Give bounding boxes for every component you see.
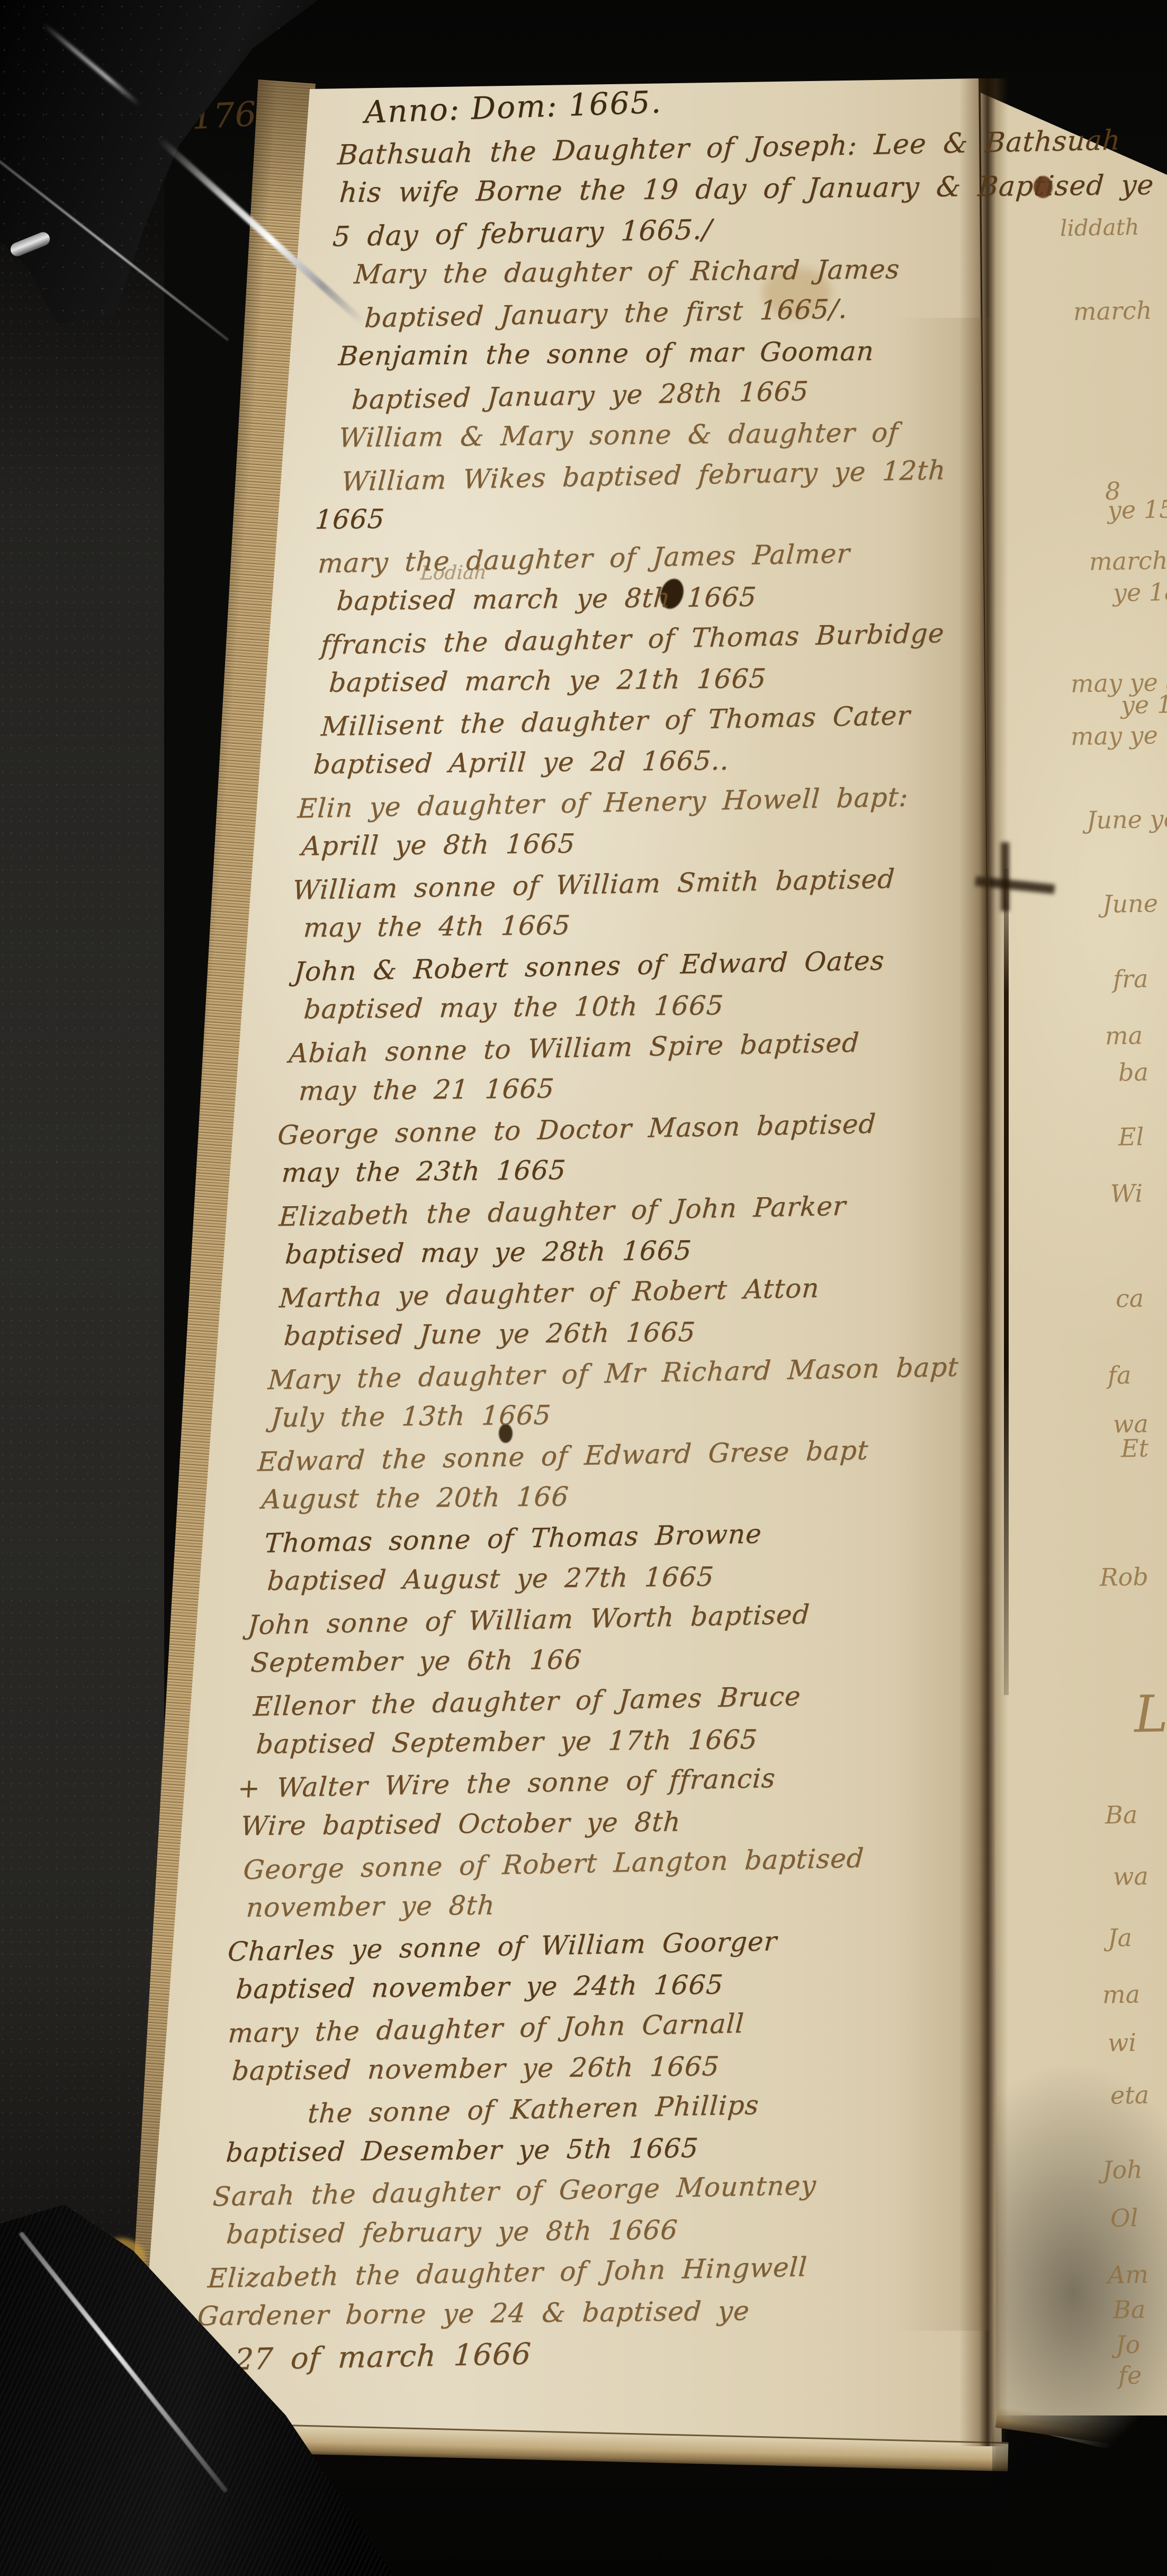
text-fragment: ma bbox=[1102, 1980, 1141, 2009]
text-fragment: wa bbox=[1113, 1861, 1149, 1891]
text-fragment: Joh bbox=[1102, 2155, 1143, 2184]
text-fragment: fa bbox=[1108, 1361, 1132, 1390]
text-fragment: may ye bbox=[1071, 721, 1159, 751]
text-fragment: ye 17 bbox=[1121, 690, 1167, 719]
text-fragment: liddath bbox=[1060, 214, 1139, 242]
manuscript-photo: 176 Anno: Dom: 1665. Bathsuah the Daught… bbox=[0, 0, 1167, 2576]
text-fragment: Rob bbox=[1100, 1562, 1149, 1592]
text-fragment: L bbox=[1134, 1684, 1167, 1744]
background-corner bbox=[992, 2415, 1167, 2576]
right-page-text-fragments: liddathmarch8ye 15marchye 18may ye 8ye 1… bbox=[981, 85, 1167, 2458]
text-fragment: eta bbox=[1110, 2080, 1150, 2109]
text-fragment: Ba bbox=[1105, 1800, 1138, 1829]
text-fragment: ye 18 bbox=[1113, 577, 1167, 607]
text-fragment: ma bbox=[1105, 1021, 1143, 1050]
baptism-register-text: Bathsuah the Daughter of Joseph: Lee & B… bbox=[202, 124, 1006, 2379]
text-fragment: El bbox=[1118, 1122, 1144, 1152]
text-fragment: Et bbox=[1121, 1434, 1149, 1463]
text-fragment: ca bbox=[1116, 1284, 1144, 1313]
text-fragment: Ol bbox=[1110, 2204, 1138, 2233]
text-fragment: march bbox=[1089, 546, 1167, 576]
text-fragment: Wi bbox=[1110, 1179, 1143, 1208]
text-fragment: wi bbox=[1108, 2028, 1137, 2057]
text-fragment: march bbox=[1073, 296, 1152, 326]
text-fragment: June bbox=[1102, 889, 1159, 919]
text-fragment: ye 15 bbox=[1108, 495, 1167, 524]
interlinear-annotation: Lodiah bbox=[420, 561, 487, 584]
text-fragment: Jo bbox=[1116, 2330, 1141, 2359]
text-fragment: Ba bbox=[1113, 2295, 1146, 2324]
text-fragment: June ye bbox=[1087, 804, 1167, 834]
text-fragment: fe bbox=[1118, 2361, 1142, 2390]
text-fragment: ba bbox=[1118, 1058, 1149, 1087]
text-fragment: fra bbox=[1113, 964, 1148, 993]
text-fragment: Ja bbox=[1108, 1923, 1133, 1953]
text-fragment: Am bbox=[1108, 2260, 1149, 2289]
